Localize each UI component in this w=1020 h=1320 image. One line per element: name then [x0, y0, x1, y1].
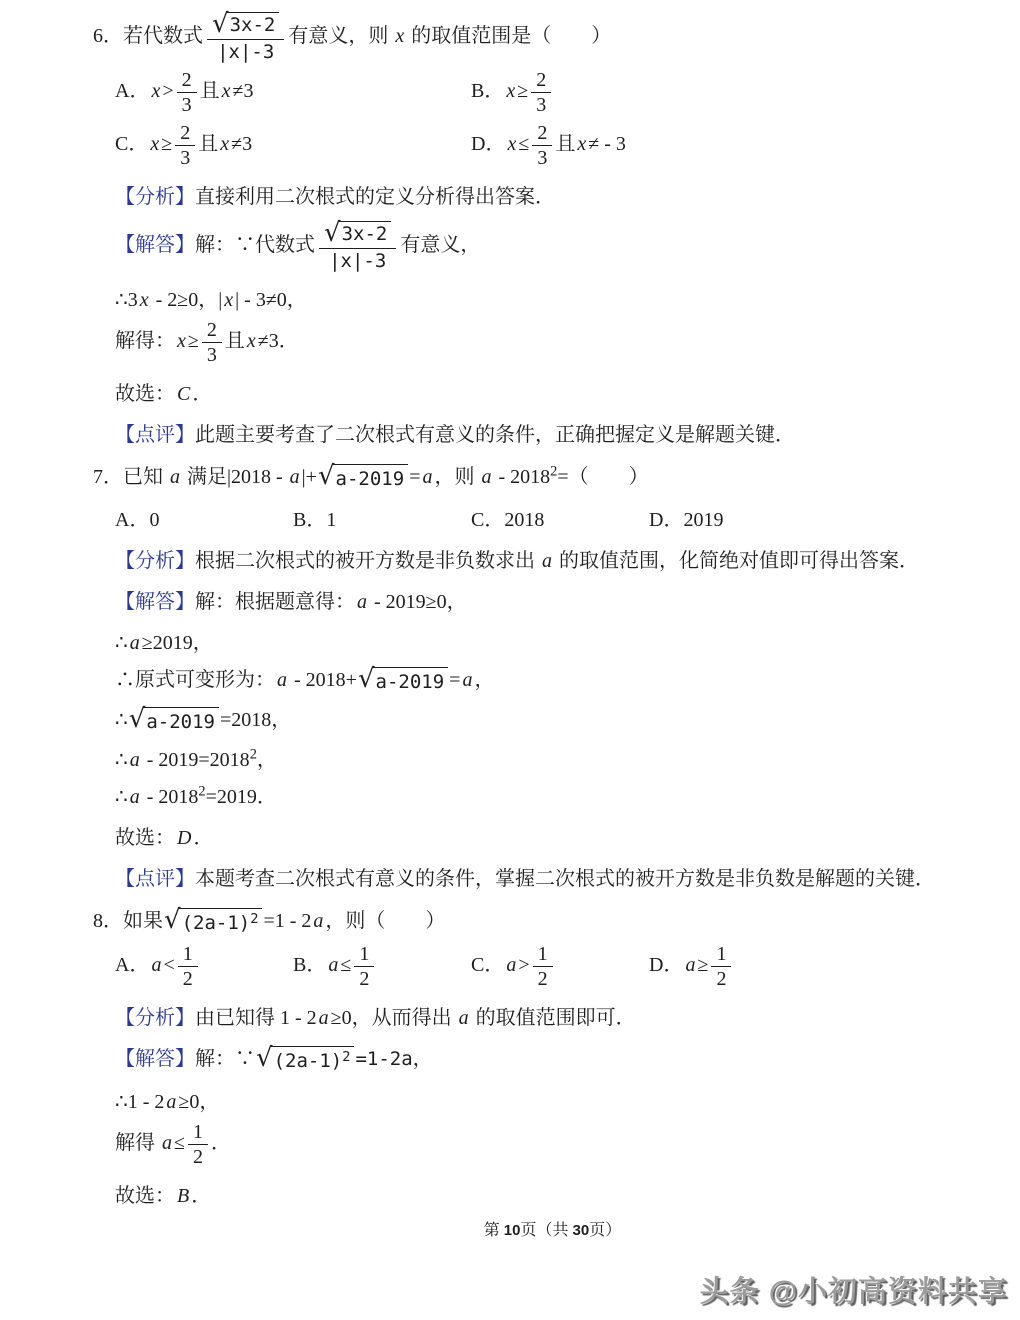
radicand: (2a-1)2: [271, 1046, 355, 1075]
solution-line: ∴a - 20182=2019．: [115, 784, 990, 810]
question-stem: 7．已知 a 满足|2018 - a|+√a-2019=a，则 a - 2018…: [93, 464, 990, 493]
relation: ≤: [174, 1132, 185, 1154]
variable: a: [149, 954, 163, 976]
denominator: 2: [354, 967, 374, 990]
fraction: 12: [711, 943, 731, 990]
variable: x: [393, 25, 406, 47]
solution-line: 【解答】解：∵代数式√3x-2|x|-3有意义，: [115, 221, 990, 272]
option-d: D．x≤23且x≠ - 3: [471, 122, 827, 169]
comment-line: 【点评】此题主要考查了二次根式有意义的条件，正确把握定义是解题关键．: [115, 422, 990, 448]
analysis-text: 由已知得 1 - 2: [195, 1007, 317, 1029]
variable: x: [505, 133, 518, 155]
and-text: 且: [555, 133, 575, 155]
relation: >: [518, 954, 529, 976]
analysis-line: 【分析】根据二次根式的被开方数是非负数求出 a 的取值范围，化简绝对值即可得出答…: [115, 548, 990, 574]
variable: a: [355, 591, 369, 613]
variable: x: [222, 289, 235, 311]
solution-text: ≠3．: [258, 330, 299, 352]
option-d: D．2019: [649, 507, 827, 533]
denominator: |x|-3: [207, 40, 284, 63]
numerator: 1: [188, 1121, 208, 1145]
fraction: 12: [188, 1121, 208, 1168]
solution-text: - 2018: [142, 786, 199, 808]
variable: a: [460, 669, 474, 691]
answer-choice-line: 故选：C．: [115, 381, 990, 407]
variable: a: [288, 466, 302, 488]
numerator: 2: [175, 122, 195, 146]
answer-label: 【解答】: [115, 1048, 195, 1070]
analysis-line: 【分析】由已知得 1 - 2a≥0，从而得出 a 的取值范围即可．: [115, 1005, 990, 1031]
denominator: 3: [202, 343, 222, 366]
analysis-text: 的取值范围，化简绝对值即可得出答案．: [554, 550, 919, 572]
solution-text: 解：根据题意得：: [195, 591, 355, 613]
fraction-with-radical: √3x-2|x|-3: [319, 221, 396, 272]
answer-choice-line: 故选：D．: [115, 825, 990, 851]
variable: a: [326, 954, 340, 976]
radical: √a-2019: [129, 707, 219, 736]
solution-text: 解得: [115, 1132, 160, 1154]
option-value: 0: [149, 509, 159, 531]
variable: a: [160, 1132, 174, 1154]
option-label: C．: [471, 509, 504, 531]
stem-text: ，则（ ）: [325, 910, 445, 932]
numerator: 1: [354, 943, 374, 967]
option-label: A．: [115, 954, 149, 976]
solution-text: =2019．: [206, 786, 277, 808]
option-a: A．x>23且x≠3: [115, 69, 471, 116]
denominator: 3: [532, 146, 552, 169]
option-c: C．2018: [471, 507, 649, 533]
variable: a: [128, 786, 142, 808]
analysis-line: 【分析】直接利用二次根式的定义分析得出答案．: [115, 184, 990, 210]
option-a: A．0: [115, 507, 293, 533]
variable: a: [479, 466, 493, 488]
answer-label: 【解答】: [115, 234, 195, 256]
comment-label: 【点评】: [115, 868, 195, 890]
solution-text: =2018，: [220, 709, 291, 731]
variable: x: [220, 80, 233, 102]
relation: >: [162, 80, 173, 102]
question-6: 6．若代数式√3x-2|x|-3有意义，则 x 的取值范围是（ ） A．x>23…: [115, 12, 990, 448]
solution-text: ．: [193, 827, 213, 849]
relation: ≤: [518, 133, 529, 155]
option-label: D．: [649, 509, 683, 531]
radicand: a-2019: [143, 707, 219, 736]
analysis-text: 的取值范围即可．: [471, 1007, 636, 1029]
analysis-label: 【分析】: [115, 186, 195, 208]
solution-text: ≥0，: [178, 1091, 219, 1113]
footer-page-number: 10: [504, 1222, 521, 1239]
fraction: 23: [202, 319, 222, 366]
stem-text: 已知: [123, 466, 168, 488]
solution-text: ∴原式可变形为：: [115, 669, 275, 691]
fraction: 23: [175, 122, 195, 169]
question-7: 7．已知 a 满足|2018 - a|+√a-2019=a，则 a - 2018…: [115, 464, 990, 892]
answer-letter: B: [175, 1185, 191, 1207]
analysis-text: 根据二次根式的被开方数是非负数求出: [195, 550, 540, 572]
variable: a: [683, 954, 697, 976]
stem-text: 如果: [123, 910, 163, 932]
solution-text: - 2018+: [289, 669, 357, 691]
stem-text: =: [409, 466, 420, 488]
superscript: 2: [250, 746, 257, 762]
fraction: 23: [177, 69, 197, 116]
variable: x: [218, 133, 231, 155]
relation: ≤: [340, 954, 351, 976]
option-a: A．a<12: [115, 943, 293, 990]
exam-page: 6．若代数式√3x-2|x|-3有意义，则 x 的取值范围是（ ） A．x>23…: [0, 0, 1020, 1320]
solution-line: ∴1 - 2a≥0，: [115, 1089, 990, 1115]
radical: √a-2019: [318, 464, 408, 493]
solution-text: ，: [257, 749, 277, 771]
option-b: B．x≥23: [471, 69, 827, 116]
solution-text: ∴3: [115, 289, 138, 311]
option-b: B．a≤12: [293, 943, 471, 990]
answer-label: 【解答】: [115, 591, 195, 613]
footer-text: 页）: [589, 1222, 621, 1239]
variable: x: [504, 80, 517, 102]
solution-text: ．: [211, 1132, 231, 1154]
variable: a: [275, 669, 289, 691]
analysis-label: 【分析】: [115, 550, 195, 572]
and-text: 且: [225, 330, 245, 352]
answer-choice-line: 故选：B．: [115, 1183, 990, 1209]
radical: √a-2019: [358, 667, 448, 696]
radical: √3x-2: [324, 221, 391, 246]
fraction: 23: [531, 69, 551, 116]
option-b: B．1: [293, 507, 471, 533]
comment-text: 本题考查二次根式有意义的条件，掌握二次根式的被开方数是非负数是解题的关键．: [195, 868, 935, 890]
solution-text: - 2019=2018: [142, 749, 250, 771]
fraction: 23: [532, 122, 552, 169]
analysis-text: 直接利用二次根式的定义分析得出答案．: [195, 186, 555, 208]
variable: a: [317, 1007, 331, 1029]
page-footer: 第 10页（共 30页）: [115, 1217, 990, 1240]
radicand-base: (2a-1): [274, 1050, 343, 1072]
tail-text: ≠3: [231, 133, 252, 155]
solution-text: ∴: [115, 749, 128, 771]
stem-text: 有意义，则: [288, 25, 393, 47]
numerator: √3x-2: [207, 12, 284, 40]
radicand: 3x-2: [227, 12, 280, 37]
radicand: (2a-1)2: [179, 908, 263, 937]
footer-text: 页（共: [520, 1222, 572, 1239]
solution-line: ∴√a-2019=2018，: [115, 707, 990, 736]
option-value: 1: [326, 509, 336, 531]
variable: a: [457, 1007, 471, 1029]
answer-letter: D: [175, 827, 193, 849]
stem-text: =1 - 2: [263, 910, 311, 932]
variable: a: [504, 954, 518, 976]
option-label: D．: [649, 954, 683, 976]
solution-text: ，: [474, 669, 494, 691]
option-label: A．: [115, 80, 149, 102]
solution-text: 故选：: [115, 1185, 175, 1207]
relation: ≥: [697, 954, 708, 976]
stem-text: 若代数式: [123, 25, 203, 47]
solution-text: 解：∵代数式: [195, 234, 315, 256]
solution-line: ∴a - 2019=20182，: [115, 747, 990, 773]
question-stem: 8．如果√(2a-1)2=1 - 2a，则（ ）: [93, 908, 990, 937]
solution-text: 有意义，: [400, 234, 480, 256]
solution-text: ∴1 - 2: [115, 1091, 164, 1113]
variable: a: [420, 466, 434, 488]
solution-text: 解得：: [115, 330, 175, 352]
solution-line: 解得：x≥23且x≠3．: [115, 319, 990, 366]
option-value: 2018: [504, 509, 544, 531]
numerator: 1: [711, 943, 731, 967]
denominator: 2: [178, 967, 198, 990]
superscript: 2: [342, 1049, 350, 1065]
solution-line: 【解答】解：∵√(2a-1)2=1-2a，: [115, 1046, 990, 1075]
option-label: A．: [115, 509, 149, 531]
superscript: 2: [198, 783, 205, 799]
answer-letter: C: [175, 383, 192, 405]
denominator: 2: [711, 967, 731, 990]
radical: √(2a-1)2: [164, 908, 262, 937]
and-text: 且: [200, 80, 220, 102]
stem-text: ，则: [434, 466, 479, 488]
stem-text: - 2018: [493, 466, 550, 488]
stem-text: =（ ）: [557, 466, 648, 488]
radicand: 3x-2: [339, 221, 392, 246]
solution-text: - 2019≥0，: [369, 591, 467, 613]
option-d: D．a≥12: [649, 943, 827, 990]
tail-text: ≠ - 3: [588, 133, 626, 155]
solution-text: ，: [413, 1048, 433, 1070]
variable: x: [149, 80, 162, 102]
solution-text: =: [449, 669, 460, 691]
option-c: C．x≥23且x≠3: [115, 122, 471, 169]
option-label: B．: [293, 509, 326, 531]
denominator: 3: [175, 146, 195, 169]
question-stem: 6．若代数式√3x-2|x|-3有意义，则 x 的取值范围是（ ）: [93, 12, 990, 63]
numerator: 2: [177, 69, 197, 93]
variable: a: [128, 632, 142, 654]
option-label: C．: [115, 133, 148, 155]
numerator: 1: [533, 943, 553, 967]
radical: √(2a-1)2: [256, 1046, 354, 1075]
solution-line: ∴3x - 2≥0，|x| - 3≠0，: [115, 287, 990, 313]
option-label: B．: [471, 80, 504, 102]
solution-line: ∴a≥2019，: [115, 630, 990, 656]
watermark: 头条 @小初高资料共享: [700, 1269, 1008, 1310]
comment-label: 【点评】: [115, 424, 195, 446]
variable: a: [540, 550, 554, 572]
analysis-label: 【分析】: [115, 1007, 195, 1029]
option-label: B．: [293, 954, 326, 976]
radical: √3x-2: [212, 12, 279, 37]
denominator: |x|-3: [319, 249, 396, 272]
radicand: a-2019: [373, 667, 449, 696]
page-content: 6．若代数式√3x-2|x|-3有意义，则 x 的取值范围是（ ） A．x>23…: [0, 0, 1020, 1240]
solution-line: 解得 a≤12．: [115, 1121, 990, 1168]
solution-text: 故选：: [115, 383, 175, 405]
solution-line: ∴原式可变形为：a - 2018+√a-2019=a，: [115, 667, 990, 696]
relation: ≥: [161, 133, 172, 155]
variable: x: [575, 133, 588, 155]
variable: x: [148, 133, 161, 155]
numerator: 2: [531, 69, 551, 93]
variable: a: [168, 466, 182, 488]
radicand: a-2019: [333, 464, 409, 493]
footer-text: 第: [484, 1222, 504, 1239]
fraction: 12: [354, 943, 374, 990]
denominator: 2: [533, 967, 553, 990]
denominator: 3: [531, 93, 551, 116]
denominator: 2: [188, 1145, 208, 1168]
stem-text: |+: [302, 466, 317, 488]
solution-text: ．: [191, 1185, 211, 1207]
equation-text: =1-2a: [355, 1048, 412, 1070]
numerator: √3x-2: [319, 221, 396, 249]
question-number: 6．: [93, 25, 123, 47]
comment-line: 【点评】本题考查二次根式有意义的条件，掌握二次根式的被开方数是非负数是解题的关键…: [115, 866, 990, 892]
stem-text: 的取值范围是（ ）: [406, 25, 611, 47]
solution-line: 【解答】解：根据题意得：a - 2019≥0，: [115, 589, 990, 615]
question-number: 8．: [93, 910, 123, 932]
comment-text: 此题主要考查了二次根式有意义的条件，正确把握定义是解题关键．: [195, 424, 795, 446]
radicand-base: (2a-1): [182, 912, 251, 934]
solution-text: ∴: [115, 709, 128, 731]
options-row: A．a<12 B．a≤12 C．a>12 D．a≥12: [115, 943, 990, 990]
stem-text: 满足|2018 -: [182, 466, 288, 488]
tail-text: ≠3: [233, 80, 254, 102]
solution-text: ≥2019，: [142, 632, 213, 654]
options-row: A．x>23且x≠3 B．x≥23: [115, 69, 990, 116]
relation: <: [163, 954, 174, 976]
numerator: 2: [202, 319, 222, 343]
denominator: 3: [177, 93, 197, 116]
variable: x: [245, 330, 258, 352]
and-text: 且: [198, 133, 218, 155]
solution-text: 解：∵: [195, 1048, 255, 1070]
fraction: 12: [533, 943, 553, 990]
superscript: 2: [250, 911, 258, 927]
footer-total-pages: 30: [573, 1222, 590, 1239]
relation: ≥: [517, 80, 528, 102]
option-label: C．: [471, 954, 504, 976]
options-row: A．0 B．1 C．2018 D．2019: [115, 507, 990, 533]
fraction-with-radical: √3x-2|x|-3: [207, 12, 284, 63]
option-c: C．a>12: [471, 943, 649, 990]
solution-text: ∴: [115, 632, 128, 654]
relation: ≥: [188, 330, 199, 352]
question-number: 7．: [93, 466, 123, 488]
variable: a: [311, 910, 325, 932]
question-8: 8．如果√(2a-1)2=1 - 2a，则（ ） A．a<12 B．a≤12 C…: [115, 908, 990, 1210]
analysis-text: ≥0，从而得出: [331, 1007, 457, 1029]
variable: x: [175, 330, 188, 352]
solution-text: - 2≥0，|: [151, 289, 223, 311]
option-value: 2019: [683, 509, 723, 531]
variable: a: [164, 1091, 178, 1113]
solution-text: ∴: [115, 786, 128, 808]
option-label: D．: [471, 133, 505, 155]
solution-text: | - 3≠0，: [235, 289, 307, 311]
options-row: C．x≥23且x≠3 D．x≤23且x≠ - 3: [115, 122, 990, 169]
fraction: 12: [178, 943, 198, 990]
solution-text: ．: [192, 383, 212, 405]
numerator: 2: [532, 122, 552, 146]
variable: a: [128, 749, 142, 771]
variable: x: [138, 289, 151, 311]
numerator: 1: [178, 943, 198, 967]
solution-text: 故选：: [115, 827, 175, 849]
